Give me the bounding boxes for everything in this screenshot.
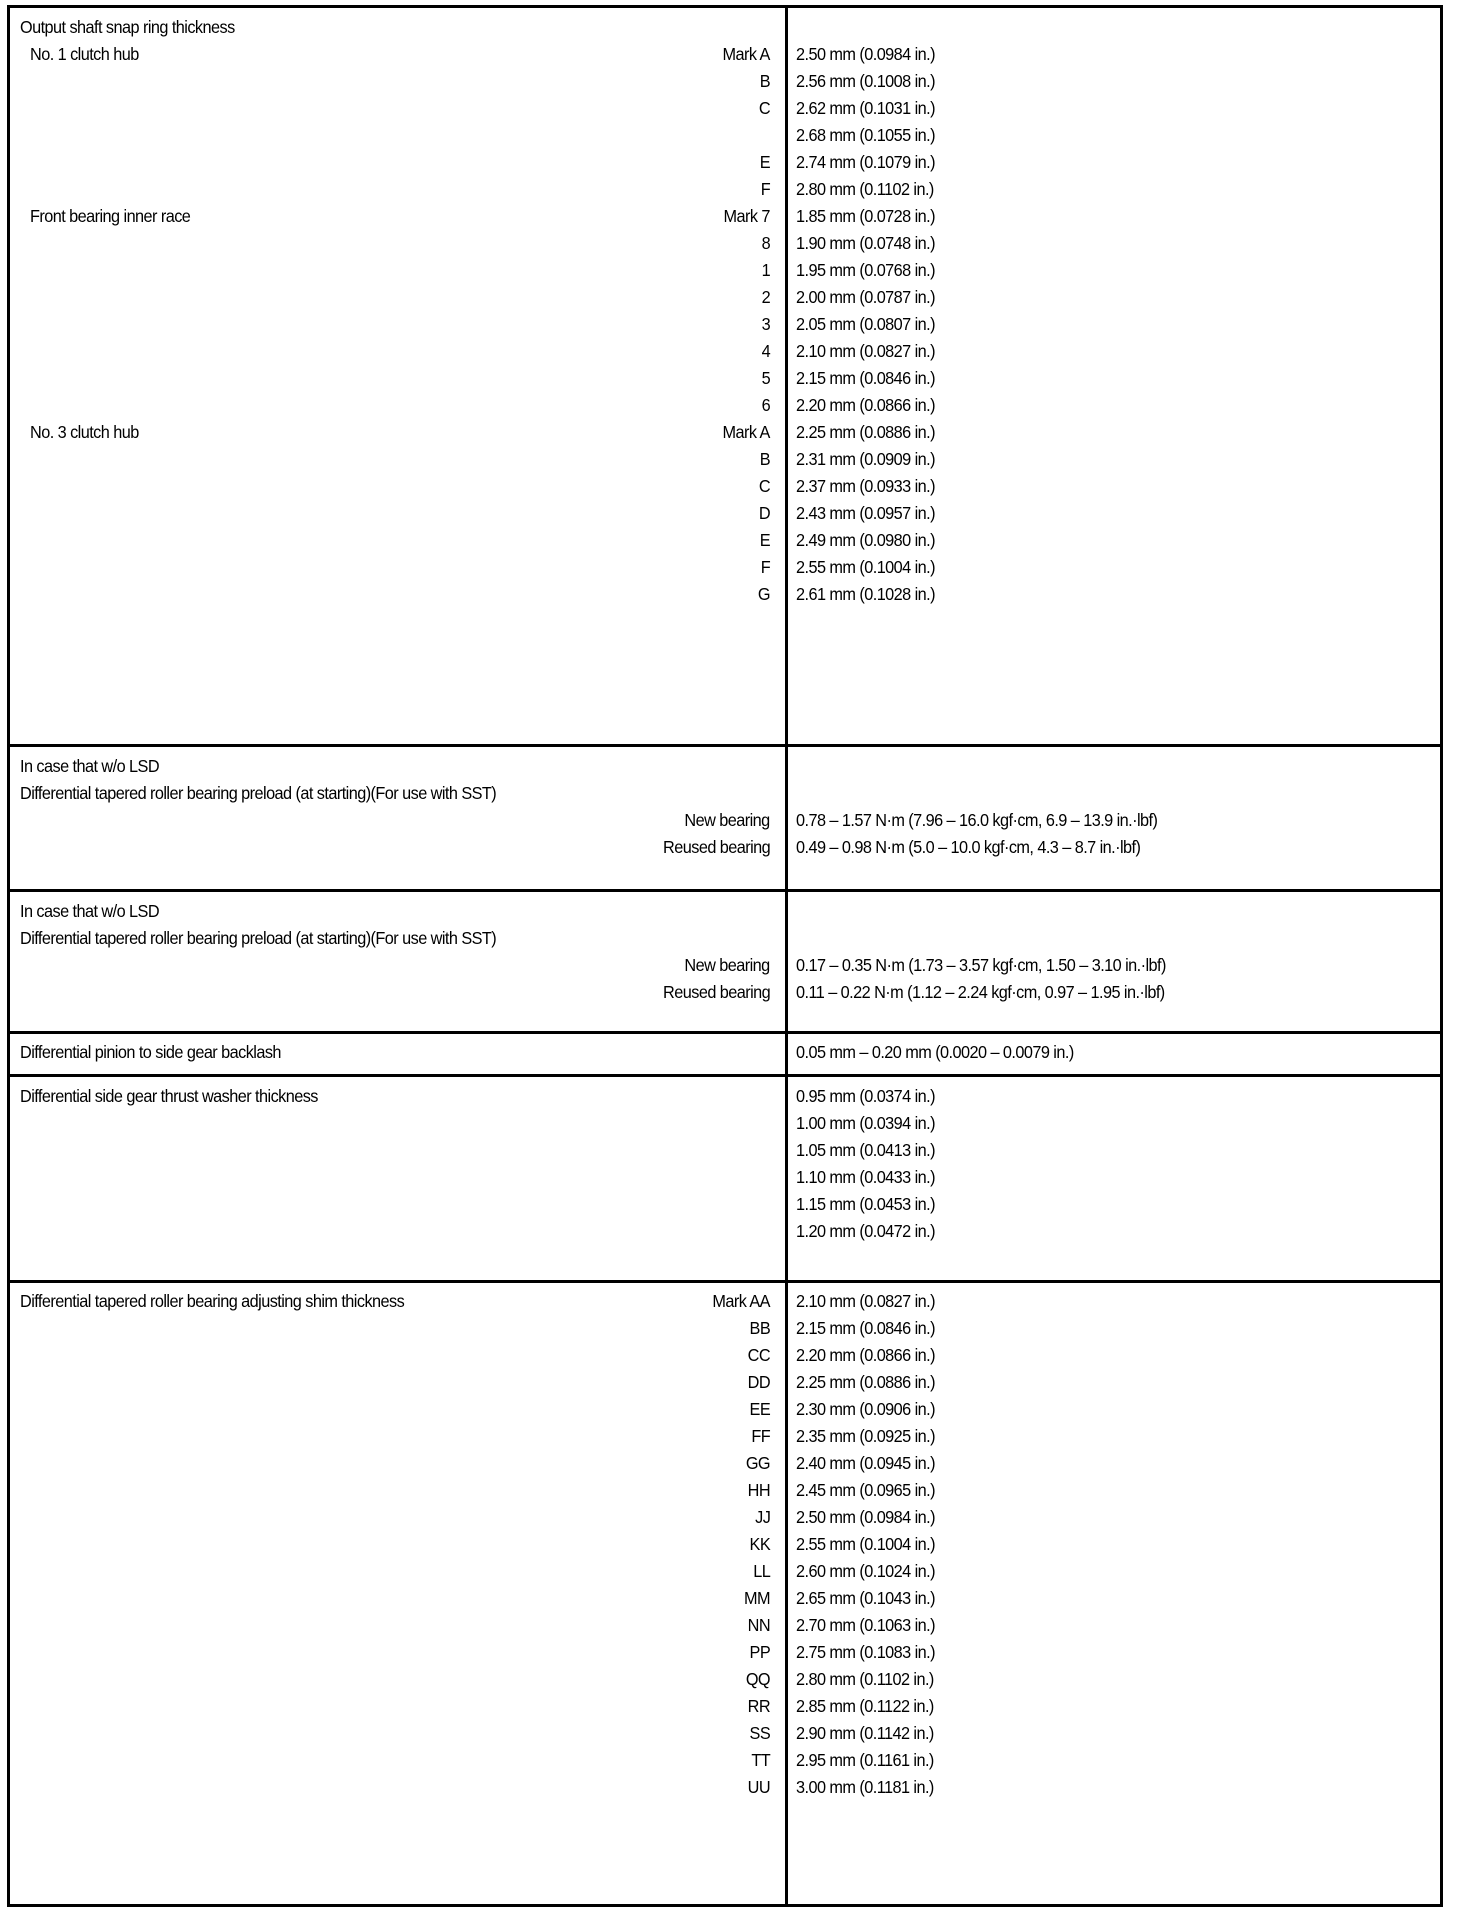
spec-value: 2.55 mm (0.1004 in.) xyxy=(796,554,935,581)
spec-value: 0.95 mm (0.0374 in.) xyxy=(796,1083,935,1110)
condition-label: Reused bearing xyxy=(663,834,770,861)
spec-value: 2.50 mm (0.0984 in.) xyxy=(796,41,935,68)
mark-label: KK xyxy=(749,1531,770,1558)
spec-value: 2.37 mm (0.0933 in.) xyxy=(796,473,935,500)
spec-value: 2.10 mm (0.0827 in.) xyxy=(796,1288,935,1315)
spec-value: 2.55 mm (0.1004 in.) xyxy=(796,1531,935,1558)
mark-label: 8 xyxy=(761,230,770,257)
spec-value: 2.61 mm (0.1028 in.) xyxy=(796,581,935,608)
section-title: In case that w/o LSD xyxy=(20,898,159,925)
mark-label: C xyxy=(759,473,770,500)
group-title: No. 3 clutch hub xyxy=(30,419,139,446)
mark-label: 5 xyxy=(761,365,770,392)
spec-value: 2.56 mm (0.1008 in.) xyxy=(796,68,935,95)
spec-value: 2.35 mm (0.0925 in.) xyxy=(796,1423,935,1450)
mark-label: SS xyxy=(749,1720,770,1747)
spec-value: 2.45 mm (0.0965 in.) xyxy=(796,1477,935,1504)
spec-value: 2.25 mm (0.0886 in.) xyxy=(796,1369,935,1396)
spec-value: 2.74 mm (0.1079 in.) xyxy=(796,149,935,176)
spec-value: 2.65 mm (0.1043 in.) xyxy=(796,1585,935,1612)
condition-label: Reused bearing xyxy=(663,979,770,1006)
mark-label: NN xyxy=(748,1612,770,1639)
mark-label: Mark A xyxy=(723,41,770,68)
mark-label: Mark A xyxy=(723,419,770,446)
mark-label: D xyxy=(759,500,770,527)
mark-label: B xyxy=(760,446,770,473)
spec-value: 3.00 mm (0.1181 in.) xyxy=(796,1774,934,1801)
mark-label: G xyxy=(758,581,770,608)
group-title: No. 1 clutch hub xyxy=(30,41,139,68)
spec-value: 2.30 mm (0.0906 in.) xyxy=(796,1396,935,1423)
mark-label: 2 xyxy=(761,284,770,311)
spec-value: 2.49 mm (0.0980 in.) xyxy=(796,527,935,554)
mark-label: Mark 7 xyxy=(724,203,770,230)
spec-value: 2.00 mm (0.0787 in.) xyxy=(796,284,935,311)
mark-label: 4 xyxy=(761,338,770,365)
spec-value: 2.85 mm (0.1122 in.) xyxy=(796,1693,934,1720)
section-divider xyxy=(10,1280,1440,1283)
spec-value: 1.85 mm (0.0728 in.) xyxy=(796,203,935,230)
section-divider xyxy=(10,1031,1440,1034)
section-subtitle: Differential tapered roller bearing prel… xyxy=(20,780,496,807)
spec-table: Output shaft snap ring thickness No. 1 c… xyxy=(7,5,1443,1907)
mark-label: DD xyxy=(748,1369,770,1396)
mark-label: 3 xyxy=(761,311,770,338)
spec-value: 0.78 – 1.57 N·m (7.96 – 16.0 kgf·cm, 6.9… xyxy=(796,807,1157,834)
spec-value: 2.50 mm (0.0984 in.) xyxy=(796,1504,935,1531)
spec-value: 1.15 mm (0.0453 in.) xyxy=(796,1191,935,1218)
spec-value: 1.90 mm (0.0748 in.) xyxy=(796,230,935,257)
spec-value: 2.80 mm (0.1102 in.) xyxy=(796,1666,934,1693)
spec-value: 0.17 – 0.35 N·m (1.73 – 3.57 kgf·cm, 1.5… xyxy=(796,952,1166,979)
mark-label: PP xyxy=(749,1639,770,1666)
spec-value: 2.40 mm (0.0945 in.) xyxy=(796,1450,935,1477)
spec-value: 2.62 mm (0.1031 in.) xyxy=(796,95,935,122)
spec-value: 2.15 mm (0.0846 in.) xyxy=(796,365,935,392)
spec-value: 2.43 mm (0.0957 in.) xyxy=(796,500,935,527)
spec-value: 1.20 mm (0.0472 in.) xyxy=(796,1218,935,1245)
spec-value: 2.10 mm (0.0827 in.) xyxy=(796,338,935,365)
group-title: Front bearing inner race xyxy=(30,203,190,230)
mark-label: BB xyxy=(749,1315,770,1342)
mark-label: 1 xyxy=(761,257,770,284)
section-divider xyxy=(10,1074,1440,1077)
section-title: Differential tapered roller bearing adju… xyxy=(20,1288,404,1315)
spec-value: 2.95 mm (0.1161 in.) xyxy=(796,1747,934,1774)
mark-label: UU xyxy=(748,1774,770,1801)
mark-label: Mark AA xyxy=(712,1288,770,1315)
mark-label: GG xyxy=(746,1450,770,1477)
spec-value: 2.20 mm (0.0866 in.) xyxy=(796,392,935,419)
mark-label: JJ xyxy=(755,1504,770,1531)
section-divider xyxy=(10,744,1440,747)
mark-label: C xyxy=(759,95,770,122)
section-title: Differential pinion to side gear backlas… xyxy=(20,1039,281,1066)
mark-label: B xyxy=(760,68,770,95)
spec-value: 2.31 mm (0.0909 in.) xyxy=(796,446,935,473)
mark-label: MM xyxy=(744,1585,770,1612)
section-divider xyxy=(10,889,1440,892)
mark-label: RR xyxy=(748,1693,770,1720)
condition-label: New bearing xyxy=(685,952,770,979)
spec-value: 2.80 mm (0.1102 in.) xyxy=(796,176,934,203)
spec-value: 2.05 mm (0.0807 in.) xyxy=(796,311,935,338)
mark-label: E xyxy=(760,527,770,554)
spec-value: 2.90 mm (0.1142 in.) xyxy=(796,1720,934,1747)
spec-value: 2.15 mm (0.0846 in.) xyxy=(796,1315,935,1342)
mark-label: 6 xyxy=(761,392,770,419)
spec-value: 1.00 mm (0.0394 in.) xyxy=(796,1110,935,1137)
spec-value: 2.20 mm (0.0866 in.) xyxy=(796,1342,935,1369)
mark-label: LL xyxy=(753,1558,770,1585)
mark-label: F xyxy=(761,554,770,581)
spec-value: 2.70 mm (0.1063 in.) xyxy=(796,1612,935,1639)
section-title: Output shaft snap ring thickness xyxy=(20,14,235,41)
mark-label: F xyxy=(761,176,770,203)
spec-value: 1.10 mm (0.0433 in.) xyxy=(796,1164,935,1191)
spec-value: 0.05 mm – 0.20 mm (0.0020 – 0.0079 in.) xyxy=(796,1039,1074,1066)
section-title: Differential side gear thrust washer thi… xyxy=(20,1083,318,1110)
mark-label: CC xyxy=(748,1342,770,1369)
section-subtitle: Differential tapered roller bearing prel… xyxy=(20,925,496,952)
mark-label: FF xyxy=(751,1423,770,1450)
spec-value: 2.75 mm (0.1083 in.) xyxy=(796,1639,935,1666)
spec-value: 1.95 mm (0.0768 in.) xyxy=(796,257,935,284)
spec-value: 0.11 – 0.22 N·m (1.12 – 2.24 kgf·cm, 0.9… xyxy=(796,979,1165,1006)
spec-value: 2.60 mm (0.1024 in.) xyxy=(796,1558,935,1585)
spec-value: 1.05 mm (0.0413 in.) xyxy=(796,1137,935,1164)
mark-label: EE xyxy=(749,1396,770,1423)
spec-value: 2.25 mm (0.0886 in.) xyxy=(796,419,935,446)
spec-value: 0.49 – 0.98 N·m (5.0 – 10.0 kgf·cm, 4.3 … xyxy=(796,834,1140,861)
mark-label: TT xyxy=(751,1747,770,1774)
spec-value: 2.68 mm (0.1055 in.) xyxy=(796,122,935,149)
condition-label: New bearing xyxy=(685,807,770,834)
mark-label: QQ xyxy=(746,1666,770,1693)
mark-label: E xyxy=(760,149,770,176)
mark-label: HH xyxy=(748,1477,770,1504)
section-title: In case that w/o LSD xyxy=(20,753,159,780)
